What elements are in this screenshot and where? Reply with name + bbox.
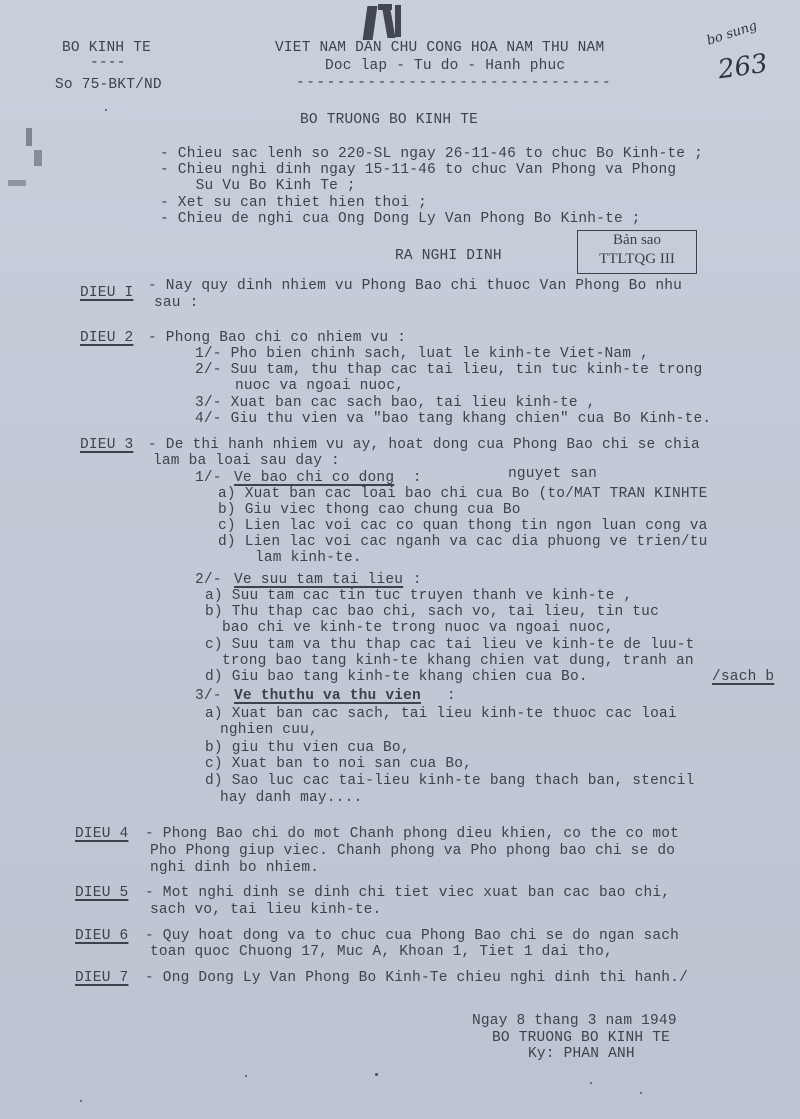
section-suffix: : — [438, 688, 456, 704]
section-number: 3/- — [195, 688, 222, 704]
list-item: c) Suu tam va thu thap cac tai lieu ve k… — [205, 637, 695, 653]
list-item: b) Giu viec thong cao chung cua Bo — [218, 502, 521, 518]
section-title: Ve thuthu va thu vien — [234, 688, 421, 704]
header-separator: ------------------------------- — [296, 75, 612, 91]
article-text: 3/- Xuat ban cac sach bao, tai lieu kinh… — [195, 395, 596, 411]
signature-signed: Ky: PHAN ANH — [528, 1046, 635, 1062]
state-name: VIET NAM DAN CHU CONG HOA NAM THU NAM — [275, 40, 604, 56]
list-item: nghien cuu, — [220, 722, 318, 738]
list-item: bao chi ve kinh-te trong nuoc va ngoai n… — [222, 620, 614, 636]
handwritten-note: bo sung — [705, 18, 759, 48]
list-item: hay danh may.... — [220, 790, 362, 806]
list-item: lam kinh-te. — [255, 550, 362, 566]
decree-heading: RA NGHI DINH — [395, 248, 502, 264]
paper-speck — [590, 1082, 592, 1084]
list-item: a) Suu tam cac tin tuc truyen thanh ve k… — [205, 588, 632, 604]
ink-smudge — [26, 128, 32, 146]
article-text: - Phong Bao chi do mot Chanh phong dieu … — [145, 826, 679, 842]
article-label: DIEU 5 — [75, 885, 128, 901]
ink-mark — [395, 5, 401, 37]
list-item: trong bao tang kinh-te khang chien vat d… — [222, 653, 694, 669]
list-item: a) Xuat ban cac sach, tai lieu kinh-te t… — [205, 706, 677, 722]
article-text: sach vo, tai lieu kinh-te. — [150, 902, 381, 918]
archive-stamp: Bản sao TTLTQG III — [577, 230, 697, 274]
article-label: DIEU 4 — [75, 826, 128, 842]
handwritten-annotation: /sach b — [712, 669, 774, 685]
list-item: d) Lien lac voi cac nganh va cac dia phu… — [218, 534, 708, 550]
section-title: Ve bao chi co dong — [234, 470, 394, 486]
ink-smudge — [34, 150, 42, 166]
paper-speck — [80, 1100, 82, 1102]
article-label: DIEU 6 — [75, 928, 128, 944]
article-label: DIEU 7 — [75, 970, 128, 986]
article-text: 2/- Suu tam, thu thap cac tai lieu, tin … — [195, 362, 702, 378]
article-text: Pho Phong giup viec. Chanh phong va Pho … — [150, 843, 675, 859]
preamble-line: - Chieu nghi dinh ngay 15-11-46 to chuc … — [160, 162, 676, 178]
ink-mark — [363, 6, 378, 40]
signature-date: Ngay 8 thang 3 nam 1949 — [472, 1013, 677, 1029]
handwritten-number: 263 — [716, 49, 769, 86]
document-number: So 75-BKT/ND — [55, 77, 162, 93]
section-number: 1/- — [195, 470, 222, 486]
section-suffix: : — [404, 572, 422, 588]
article-label: DIEU I — [80, 285, 133, 301]
preamble-line: Su Vu Bo Kinh Te ; — [160, 178, 356, 194]
paper-speck — [105, 109, 107, 111]
article-text: - Ong Dong Ly Van Phong Bo Kinh-Te chieu… — [145, 970, 688, 986]
preamble-line: - Xet su can thiet hien thoi ; — [160, 195, 427, 211]
ministry-name: BO KINH TE — [62, 40, 151, 56]
stamp-line: Bản sao — [578, 231, 696, 250]
ministry-separator: ---- — [90, 55, 126, 71]
list-item: b) Thu thap cac bao chi, sach vo, tai li… — [205, 604, 659, 620]
paper-speck — [245, 1075, 247, 1077]
paper-speck — [375, 1073, 378, 1076]
preamble-line: - Chieu de nghi cua Ong Dong Ly Van Phon… — [160, 211, 641, 227]
article-text: - Mot nghi dinh se dinh chi tiet viec xu… — [145, 885, 670, 901]
list-item: b) giu thu vien cua Bo, — [205, 740, 410, 756]
section-suffix: : — [404, 470, 422, 486]
ink-mark — [383, 10, 396, 38]
article-text: nghi dinh bo nhiem. — [150, 860, 319, 876]
article-label: DIEU 3 — [80, 437, 133, 453]
article-text: lam ba loai sau day : — [153, 453, 340, 469]
ink-smudge — [8, 180, 26, 186]
section-title: Ve suu tam tai lieu — [234, 572, 403, 588]
list-item: d) Sao luc cac tai-lieu kinh-te bang tha… — [205, 773, 695, 789]
article-text: - Quy hoat dong va to chuc cua Phong Bao… — [145, 928, 679, 944]
list-item: d) Giu bao tang kinh-te khang chien cua … — [205, 669, 588, 685]
state-motto: Doc lap - Tu do - Hanh phuc — [325, 58, 565, 74]
article-text: toan quoc Chuong 17, Muc A, Khoan 1, Tie… — [150, 944, 613, 960]
article-text: - Phong Bao chi co nhiem vu : — [148, 330, 406, 346]
list-item: c) Xuat ban to noi san cua Bo, — [205, 756, 472, 772]
article-text: - De thi hanh nhiem vu ay, hoat dong cua… — [148, 437, 700, 453]
list-item: a) Xuat ban cac loai bao chi cua Bo (to/… — [218, 486, 708, 502]
issuer-title: BO TRUONG BO KINH TE — [300, 112, 478, 128]
article-label: DIEU 2 — [80, 330, 133, 346]
article-text: nuoc va ngoai nuoc, — [235, 378, 404, 394]
preamble-line: - Chieu sac lenh so 220-SL ngay 26-11-46… — [160, 146, 703, 162]
handwritten-annotation: nguyet san — [508, 466, 597, 482]
article-text: 4/- Giu thu vien va "bao tang khang chie… — [195, 411, 711, 427]
section-number: 2/- — [195, 572, 222, 588]
signature-title: BO TRUONG BO KINH TE — [492, 1030, 670, 1046]
paper-speck — [640, 1092, 642, 1094]
article-text: 1/- Pho bien chinh sach, luat le kinh-te… — [195, 346, 649, 362]
article-text: sau : — [154, 295, 199, 311]
article-text: - Nay quy dinh nhiem vu Phong Bao chi th… — [148, 278, 682, 294]
list-item: c) Lien lac voi cac co quan thong tin ng… — [218, 518, 708, 534]
stamp-line: TTLTQG III — [578, 250, 696, 269]
document-page: BO KINH TE ---- So 75-BKT/ND VIET NAM DA… — [0, 0, 800, 1119]
